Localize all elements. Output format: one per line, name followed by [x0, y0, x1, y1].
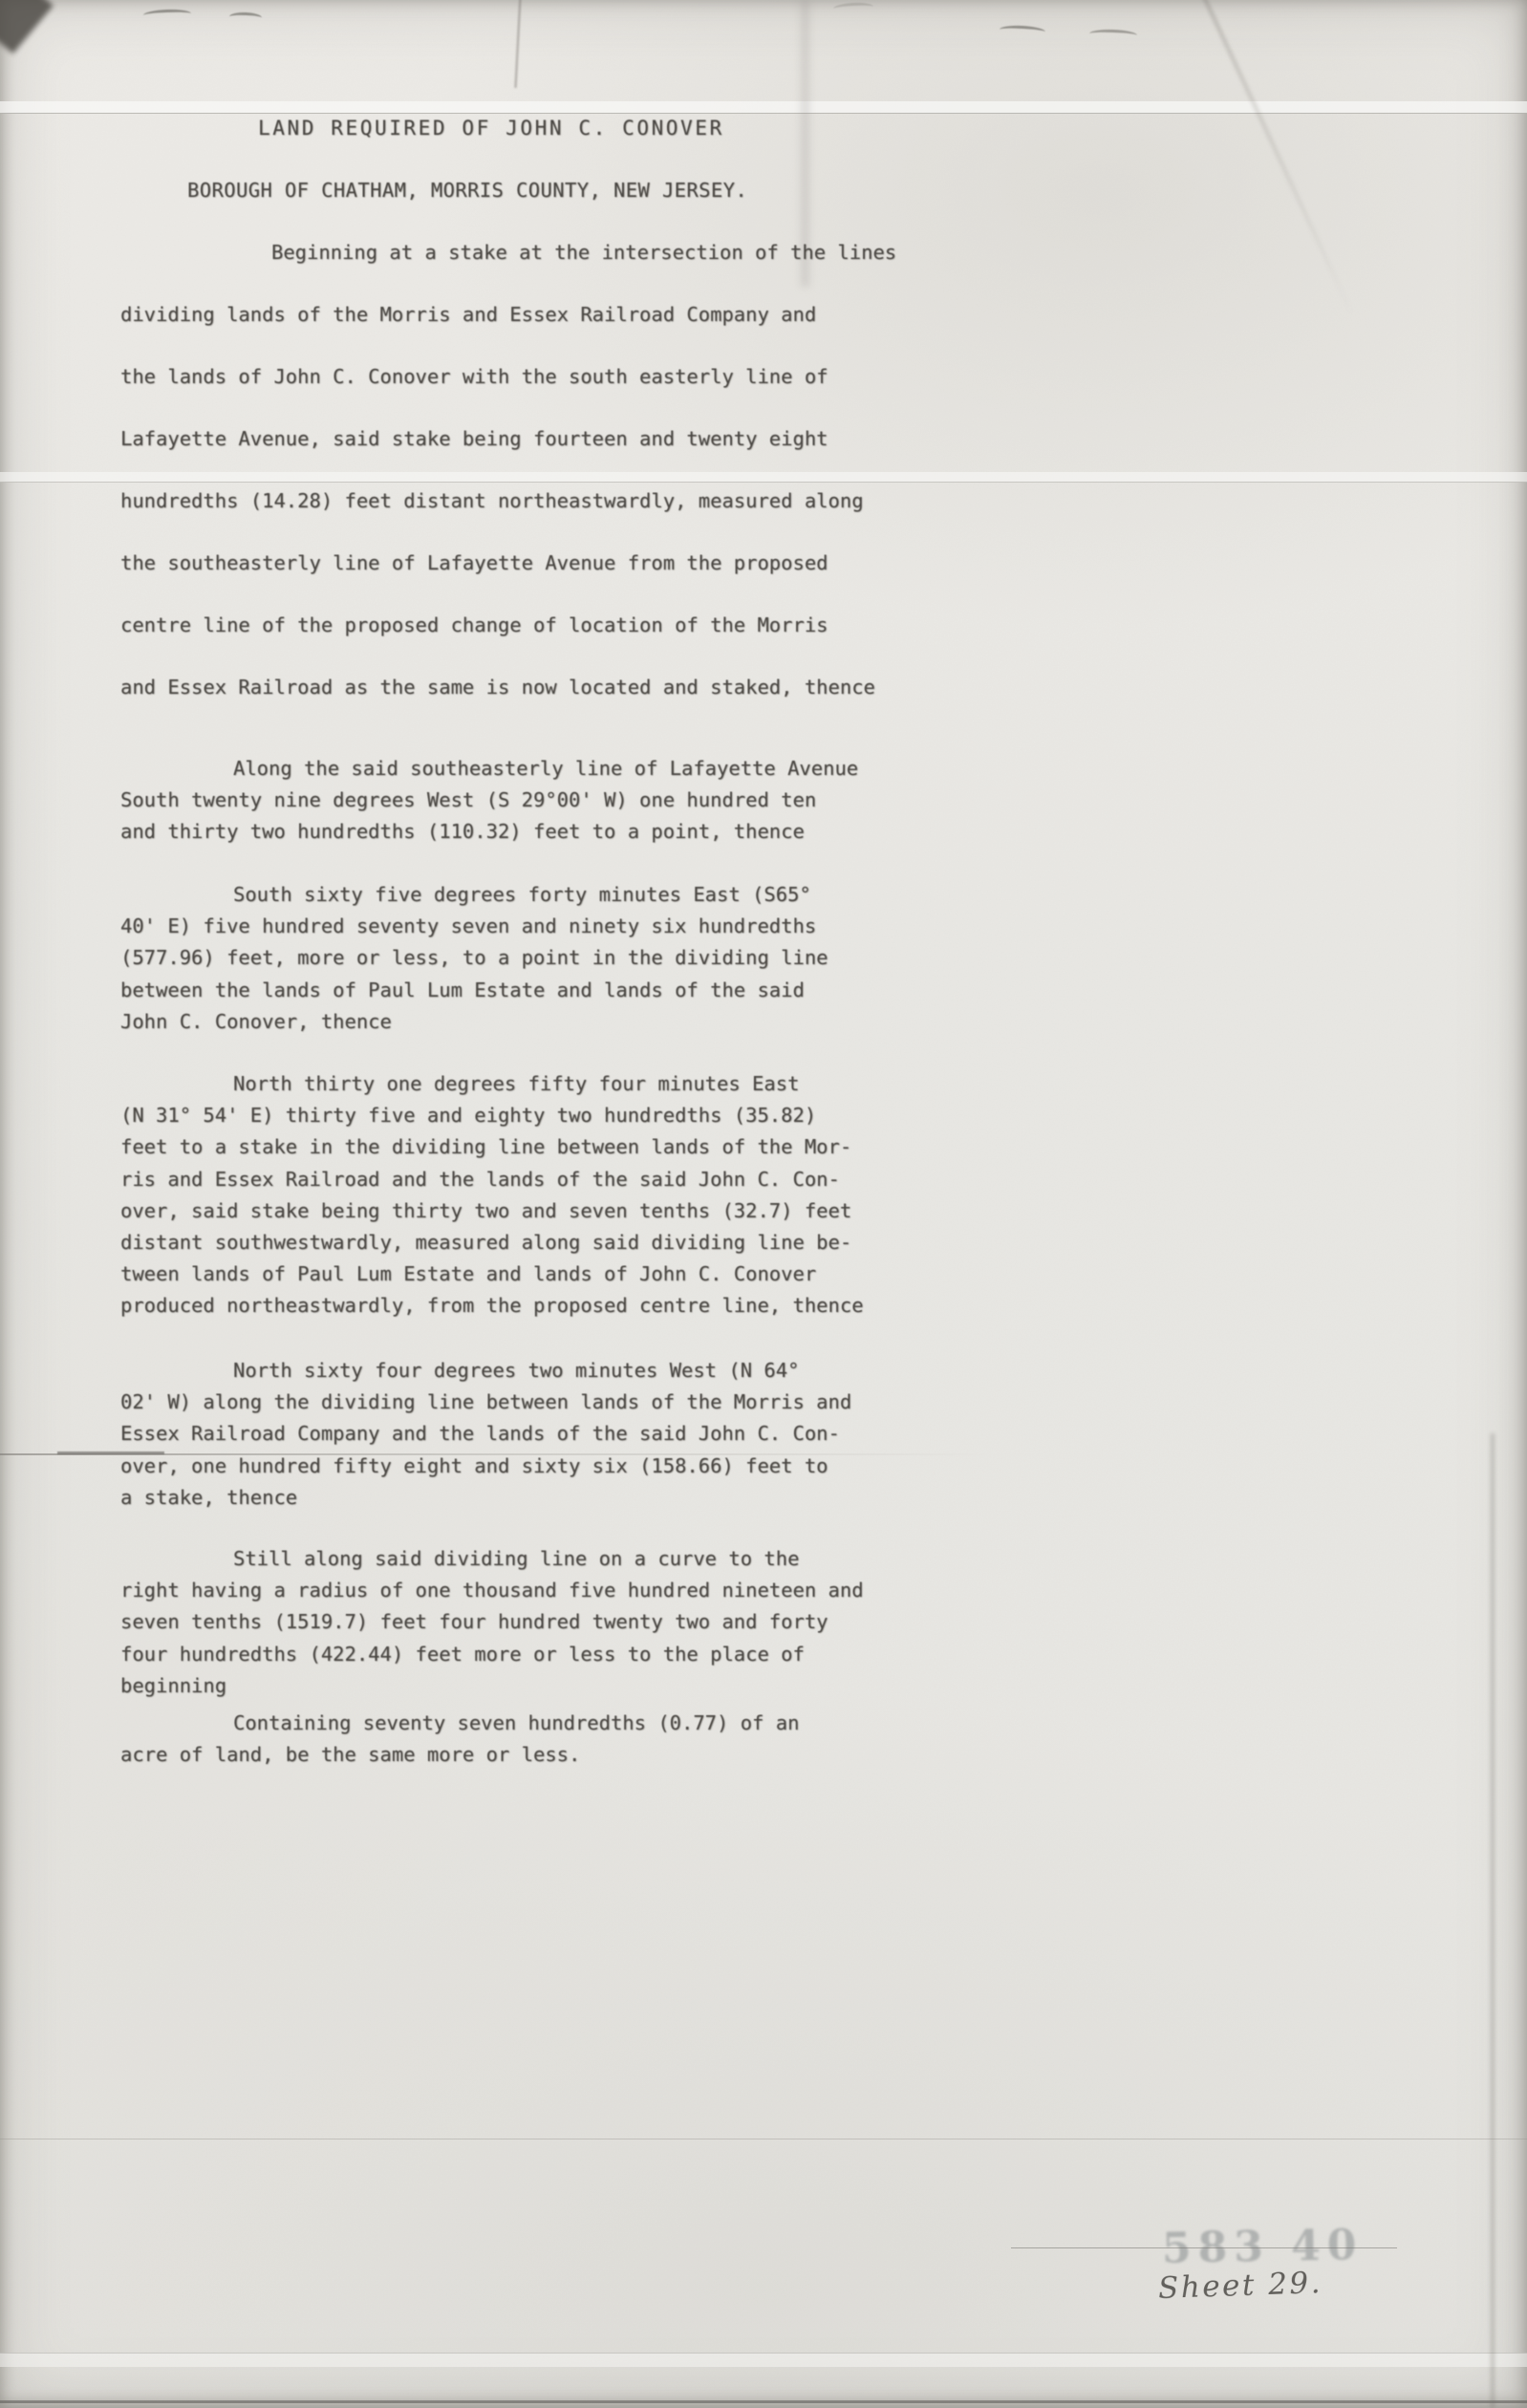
paragraph-course-3: North thirty one degrees fifty four minu… [120, 1068, 961, 1322]
paragraph-course-4: North sixty four degrees two minutes Wes… [120, 1355, 961, 1514]
paragraph-beginning-description: Beginning at a stake at the intersection… [120, 222, 961, 719]
paragraph-course-2: South sixty five degrees forty minutes E… [120, 879, 961, 1038]
paragraph-course-1: Along the said southeasterly line of Laf… [120, 753, 961, 849]
paragraph-acreage: Containing seventy seven hundredths (0.7… [120, 1708, 961, 1771]
scanned-document-page: LAND REQUIRED OF JOHN C. CONOVER BOROUGH… [0, 0, 1527, 2408]
paragraph-course-5-curve: Still along said dividing line on a curv… [120, 1543, 961, 1702]
typed-text-layer: LAND REQUIRED OF JOHN C. CONOVER BOROUGH… [0, 0, 1527, 2408]
stamp-underline [1011, 2247, 1397, 2248]
document-subtitle: BOROUGH OF CHATHAM, MORRIS COUNTY, NEW J… [187, 179, 747, 202]
sheet-number-handwritten: Sheet 29. [1157, 2266, 1323, 2306]
document-title: LAND REQUIRED OF JOHN C. CONOVER [258, 117, 724, 140]
